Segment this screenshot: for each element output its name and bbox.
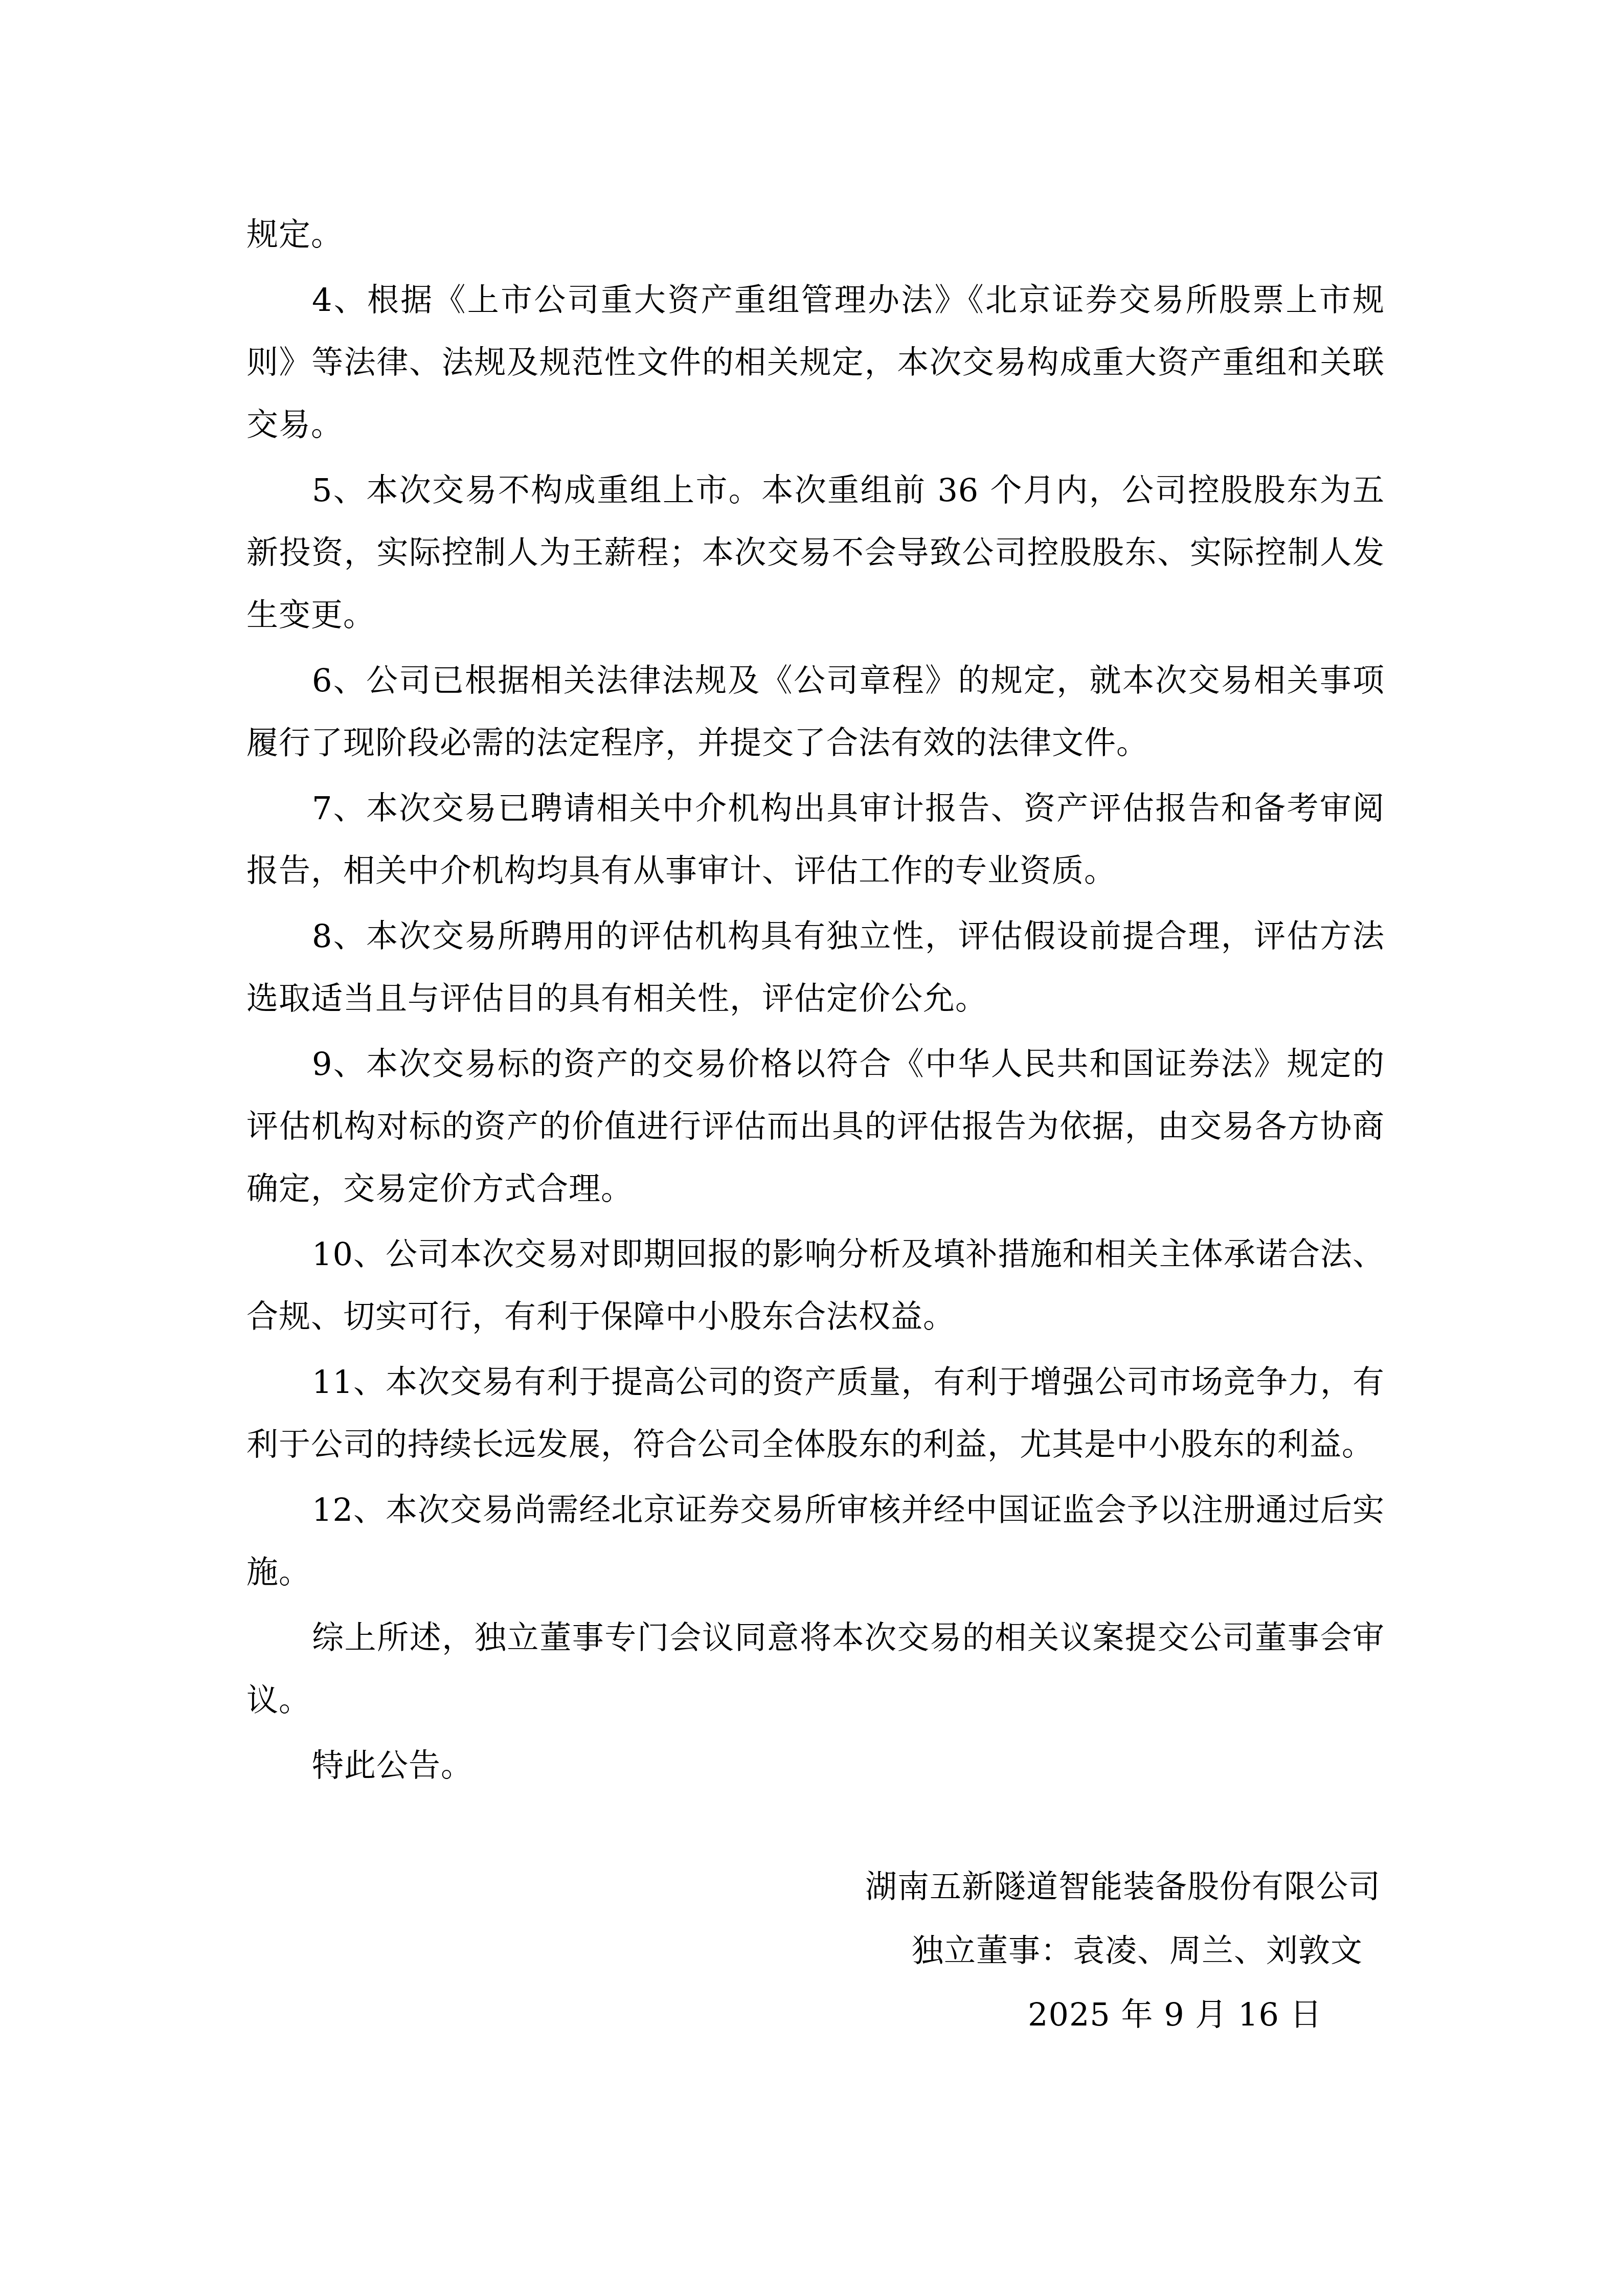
paragraph-conclusion: 综上所述，独立董事专门会议同意将本次交易的相关议案提交公司董事会审议。 xyxy=(246,1607,1385,1731)
paragraph-item-11: 11、本次交易有利于提高公司的资产质量，有利于增强公司市场竞争力，有利于公司的持… xyxy=(246,1351,1385,1476)
signature-date: 2025 年 9 月 16 日 xyxy=(1028,1994,1286,2035)
paragraph-item-5: 5、本次交易不构成重组上市。本次重组前 36 个月内，公司控股股东为五新投资，实… xyxy=(246,459,1385,646)
paragraph-item-10: 10、公司本次交易对即期回报的影响分析及填补措施和相关主体承诺合法、合规、切实可… xyxy=(246,1223,1385,1348)
signature-company: 湖南五新隧道智能装备股份有限公司 xyxy=(859,1866,1381,1907)
paragraph-item-9: 9、本次交易标的资产的交易价格以符合《中华人民共和国证券法》规定的评估机构对标的… xyxy=(246,1033,1385,1220)
paragraph-item-8: 8、本次交易所聘用的评估机构具有独立性，评估假设前提合理，评估方法选取适当且与评… xyxy=(246,905,1385,1030)
paragraph-item-7: 7、本次交易已聘请相关中介机构出具审计报告、资产评估报告和备考审阅报告，相关中介… xyxy=(246,777,1385,902)
signature-directors: 独立董事：袁凌、周兰、刘敦文 xyxy=(903,1930,1363,1971)
paragraph-closing: 特此公告。 xyxy=(246,1735,1385,1797)
paragraph-item-12: 12、本次交易尚需经北京证券交易所审核并经中国证监会予以注册通过后实施。 xyxy=(246,1479,1385,1604)
paragraph-continuation: 规定。 xyxy=(246,204,1385,266)
document-body: 规定。 4、根据《上市公司重大资产重组管理办法》《北京证券交易所股票上市规则》等… xyxy=(246,204,1385,1800)
document-page: 规定。 4、根据《上市公司重大资产重组管理办法》《北京证券交易所股票上市规则》等… xyxy=(0,0,1623,2296)
paragraph-item-6: 6、公司已根据相关法律法规及《公司章程》的规定，就本次交易相关事项履行了现阶段必… xyxy=(246,649,1385,774)
paragraph-item-4: 4、根据《上市公司重大资产重组管理办法》《北京证券交易所股票上市规则》等法律、法… xyxy=(246,269,1385,456)
